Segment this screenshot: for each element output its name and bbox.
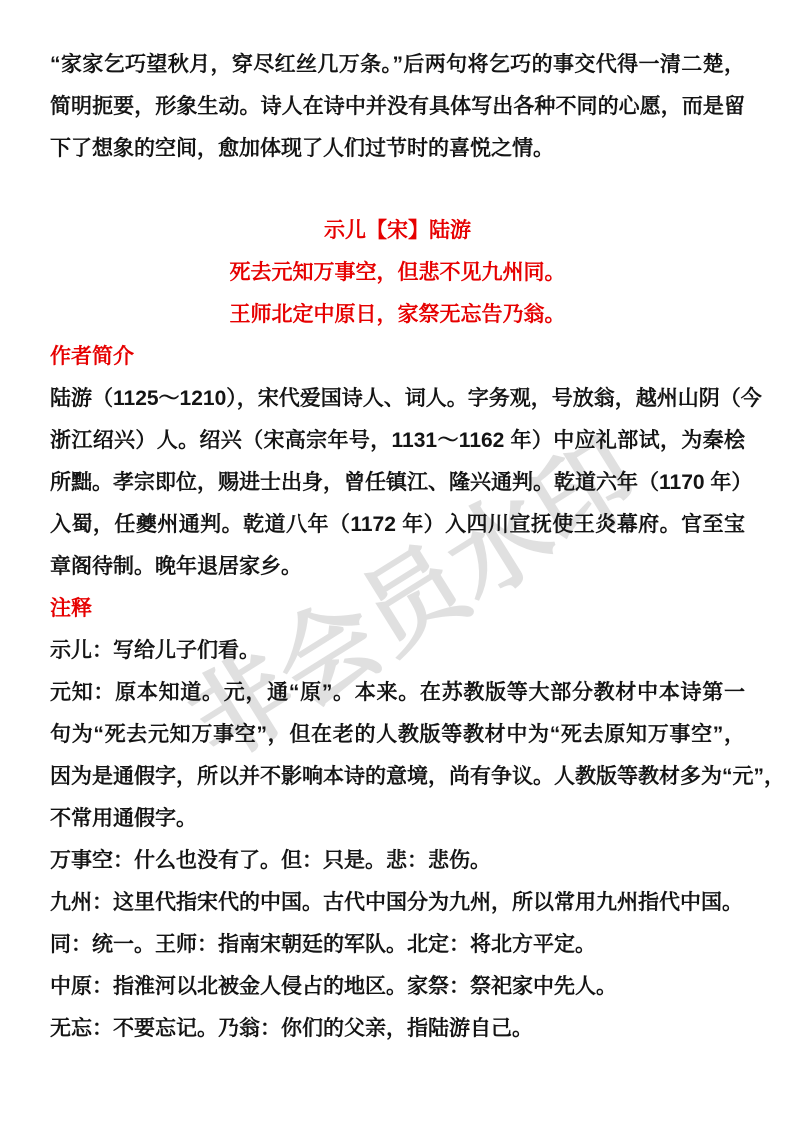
text-line: 因为是通假字，所以并不影响本诗的意境，尚有争议。人教版等教材多为“元”， [50,756,745,798]
text-line: 同：统一。王师：指南宋朝廷的军队。北定：将北方平定。 [50,924,745,966]
text-line: 示儿：写给儿子们看。 [50,630,745,672]
note-item: 元知：原本知道。元，通“原”。本来。在苏教版等大部分教材中本诗第一 句为“死去元… [50,672,745,840]
document-page: 非会员水印 “家家乞巧望秋月，穿尽红丝几万条。”后两句将乞巧的事交代得一清二楚，… [0,0,793,1122]
text-line: 所黜。孝宗即位，赐进士出身，曾任镇江、隆兴通判。乾道六年（1170 年） [50,462,745,504]
text-line: 九州：这里代指宋代的中国。古代中国分为九州，所以常用九州指代中国。 [50,882,745,924]
text-line: 元知：原本知道。元，通“原”。本来。在苏教版等大部分教材中本诗第一 [50,672,745,714]
poem-line: 王师北定中原日，家祭无忘告乃翁。 [50,294,745,336]
note-item: 示儿：写给儿子们看。 [50,630,745,672]
text-line: 入蜀，任夔州通判。乾道八年（1172 年）入四川宣抚使王炎幕府。官至宝 [50,504,745,546]
author-section-heading: 作者简介 [50,336,745,378]
document-content: “家家乞巧望秋月，穿尽红丝几万条。”后两句将乞巧的事交代得一清二楚， 简明扼要，… [0,0,793,1050]
text-line: 中原：指淮河以北被金人侵占的地区。家祭：祭祀家中先人。 [50,966,745,1008]
text-line: 章阁待制。晚年退居家乡。 [50,546,745,588]
text-line: 不常用通假字。 [50,798,745,840]
poem-block: 示儿【宋】陆游 死去元知万事空，但悲不见九州同。 王师北定中原日，家祭无忘告乃翁… [50,210,745,336]
note-item: 同：统一。王师：指南宋朝廷的军队。北定：将北方平定。 [50,924,745,966]
author-bio-paragraph: 陆游（1125～1210），宋代爱国诗人、词人。字务观，号放翁，越州山阴（今 浙… [50,378,745,588]
note-item: 中原：指淮河以北被金人侵占的地区。家祭：祭祀家中先人。 [50,966,745,1008]
intro-paragraph: “家家乞巧望秋月，穿尽红丝几万条。”后两句将乞巧的事交代得一清二楚， 简明扼要，… [50,44,745,170]
note-item: 万事空：什么也没有了。但：只是。悲：悲伤。 [50,840,745,882]
text-line: 陆游（1125～1210），宋代爱国诗人、词人。字务观，号放翁，越州山阴（今 [50,378,745,420]
notes-list: 示儿：写给儿子们看。 元知：原本知道。元，通“原”。本来。在苏教版等大部分教材中… [50,630,745,1050]
text-line: 万事空：什么也没有了。但：只是。悲：悲伤。 [50,840,745,882]
text-line: 无忘：不要忘记。乃翁：你们的父亲，指陆游自己。 [50,1008,745,1050]
text-line: 简明扼要，形象生动。诗人在诗中并没有具体写出各种不同的心愿，而是留 [50,86,745,128]
poem-line: 死去元知万事空，但悲不见九州同。 [50,252,745,294]
note-item: 九州：这里代指宋代的中国。古代中国分为九州，所以常用九州指代中国。 [50,882,745,924]
notes-section-heading: 注释 [50,588,745,630]
poem-title: 示儿【宋】陆游 [50,210,745,252]
text-line: 下了想象的空间，愈加体现了人们过节时的喜悦之情。 [50,128,745,170]
text-line: 句为“死去元知万事空”，但在老的人教版等教材中为“死去原知万事空”， [50,714,745,756]
text-line: 浙江绍兴）人。绍兴（宋高宗年号，1131～1162 年）中应礼部试，为秦桧 [50,420,745,462]
text-line: “家家乞巧望秋月，穿尽红丝几万条。”后两句将乞巧的事交代得一清二楚， [50,44,745,86]
note-item: 无忘：不要忘记。乃翁：你们的父亲，指陆游自己。 [50,1008,745,1050]
